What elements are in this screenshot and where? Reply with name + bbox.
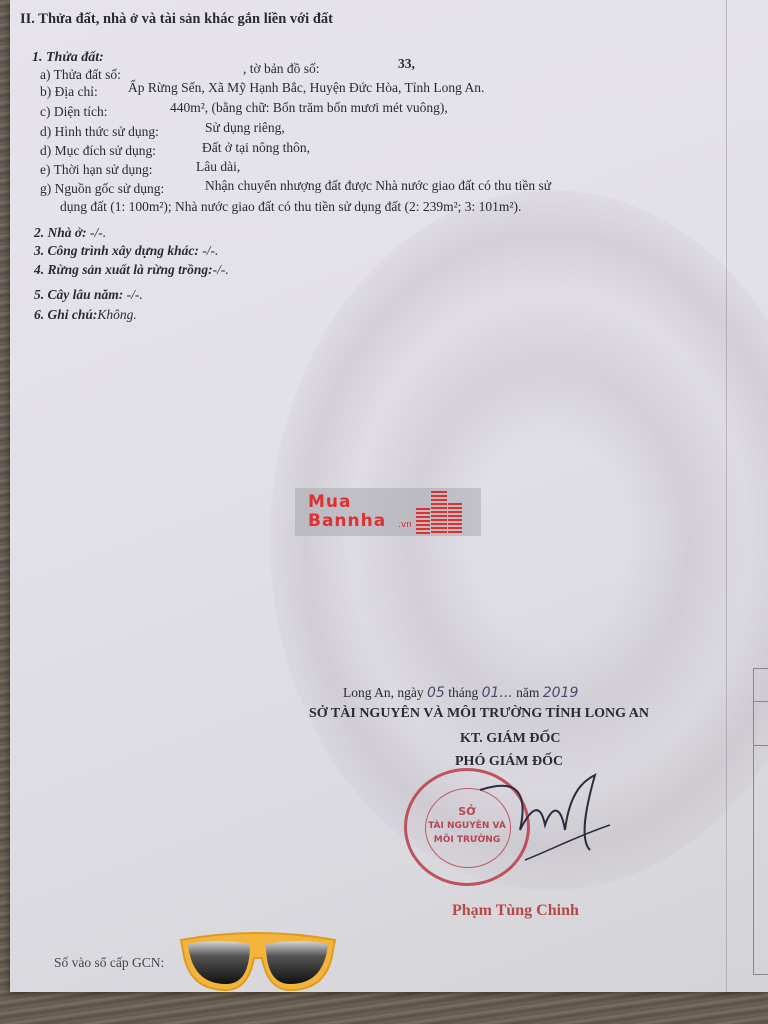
registry-label: Số vào sổ cấp GCN: <box>54 955 164 971</box>
term-label: e) Thời hạn sử dụng: <box>40 162 152 178</box>
address-label: b) Địa chỉ: <box>40 84 98 100</box>
usage-form-label: d) Hình thức sử dụng: <box>40 124 159 140</box>
land-heading: 1. Thửa đất: <box>32 50 104 66</box>
agency-name: SỞ TÀI NGUYÊN VÀ MÔI TRƯỜNG TỈNH LONG AN <box>309 706 649 722</box>
section-title: II. Thửa đất, nhà ở và tài sản khác gắn … <box>20 11 333 28</box>
item-perennial-trees-label: 5. Cây lâu năm: -/-. <box>34 287 143 303</box>
item-house-label: 2. Nhà ở: -/-. <box>34 225 106 241</box>
logo-line2: Bannha <box>308 511 386 531</box>
logo-suffix: .vn <box>398 520 412 530</box>
usage-form-value: Sử dụng riêng, <box>205 120 285 136</box>
side-table-border <box>753 668 768 975</box>
term-value: Lâu dài, <box>196 159 240 175</box>
item-other-construction-label: 3. Công trình xây dựng khác: -/-. <box>34 243 218 259</box>
building-icon <box>416 508 430 534</box>
muabannha-watermark-logo: Mua Bannha .vn <box>295 488 481 536</box>
parcel-label: a) Thửa đất số: <box>40 67 121 83</box>
building-icon <box>448 503 462 534</box>
handwritten-signature <box>470 770 620 870</box>
purpose-label: d) Mục đích sử dụng: <box>40 143 156 159</box>
signer-name: Phạm Tùng Chinh <box>452 902 579 920</box>
role-line1: KT. GIÁM ĐỐC <box>460 731 560 747</box>
map-sheet-label: , tờ bản đồ số: <box>243 61 320 77</box>
origin-value-line1: Nhận chuyển nhượng đất được Nhà nước gia… <box>205 178 551 194</box>
page-fold-line <box>726 0 727 992</box>
building-icon <box>431 491 447 534</box>
origin-label: g) Nguồn gốc sử dụng: <box>40 181 164 197</box>
address-value: Ấp Rừng Sến, Xã Mỹ Hạnh Bắc, Huyện Đức H… <box>128 80 484 96</box>
item-planted-forest-label: 4. Rừng sản xuất là rừng trồng:-/-. <box>34 262 229 278</box>
sunglasses-icon <box>178 928 338 994</box>
purpose-value: Đất ở tại nông thôn, <box>202 140 310 156</box>
map-sheet-value: 33, <box>398 56 415 72</box>
logo-line1: Mua <box>308 492 352 512</box>
origin-value-line2: dụng đất (1: 100m²); Nhà nước giao đất c… <box>60 199 521 215</box>
area-label: c) Diện tích: <box>40 104 107 120</box>
area-value: 440m², (bằng chữ: Bốn trăm bốn mươi mét … <box>170 100 448 116</box>
date-line: Long An, ngày 05 tháng 01... năm 2019 <box>343 685 578 701</box>
item-notes-label: 6. Ghi chú:Không. <box>34 307 137 323</box>
